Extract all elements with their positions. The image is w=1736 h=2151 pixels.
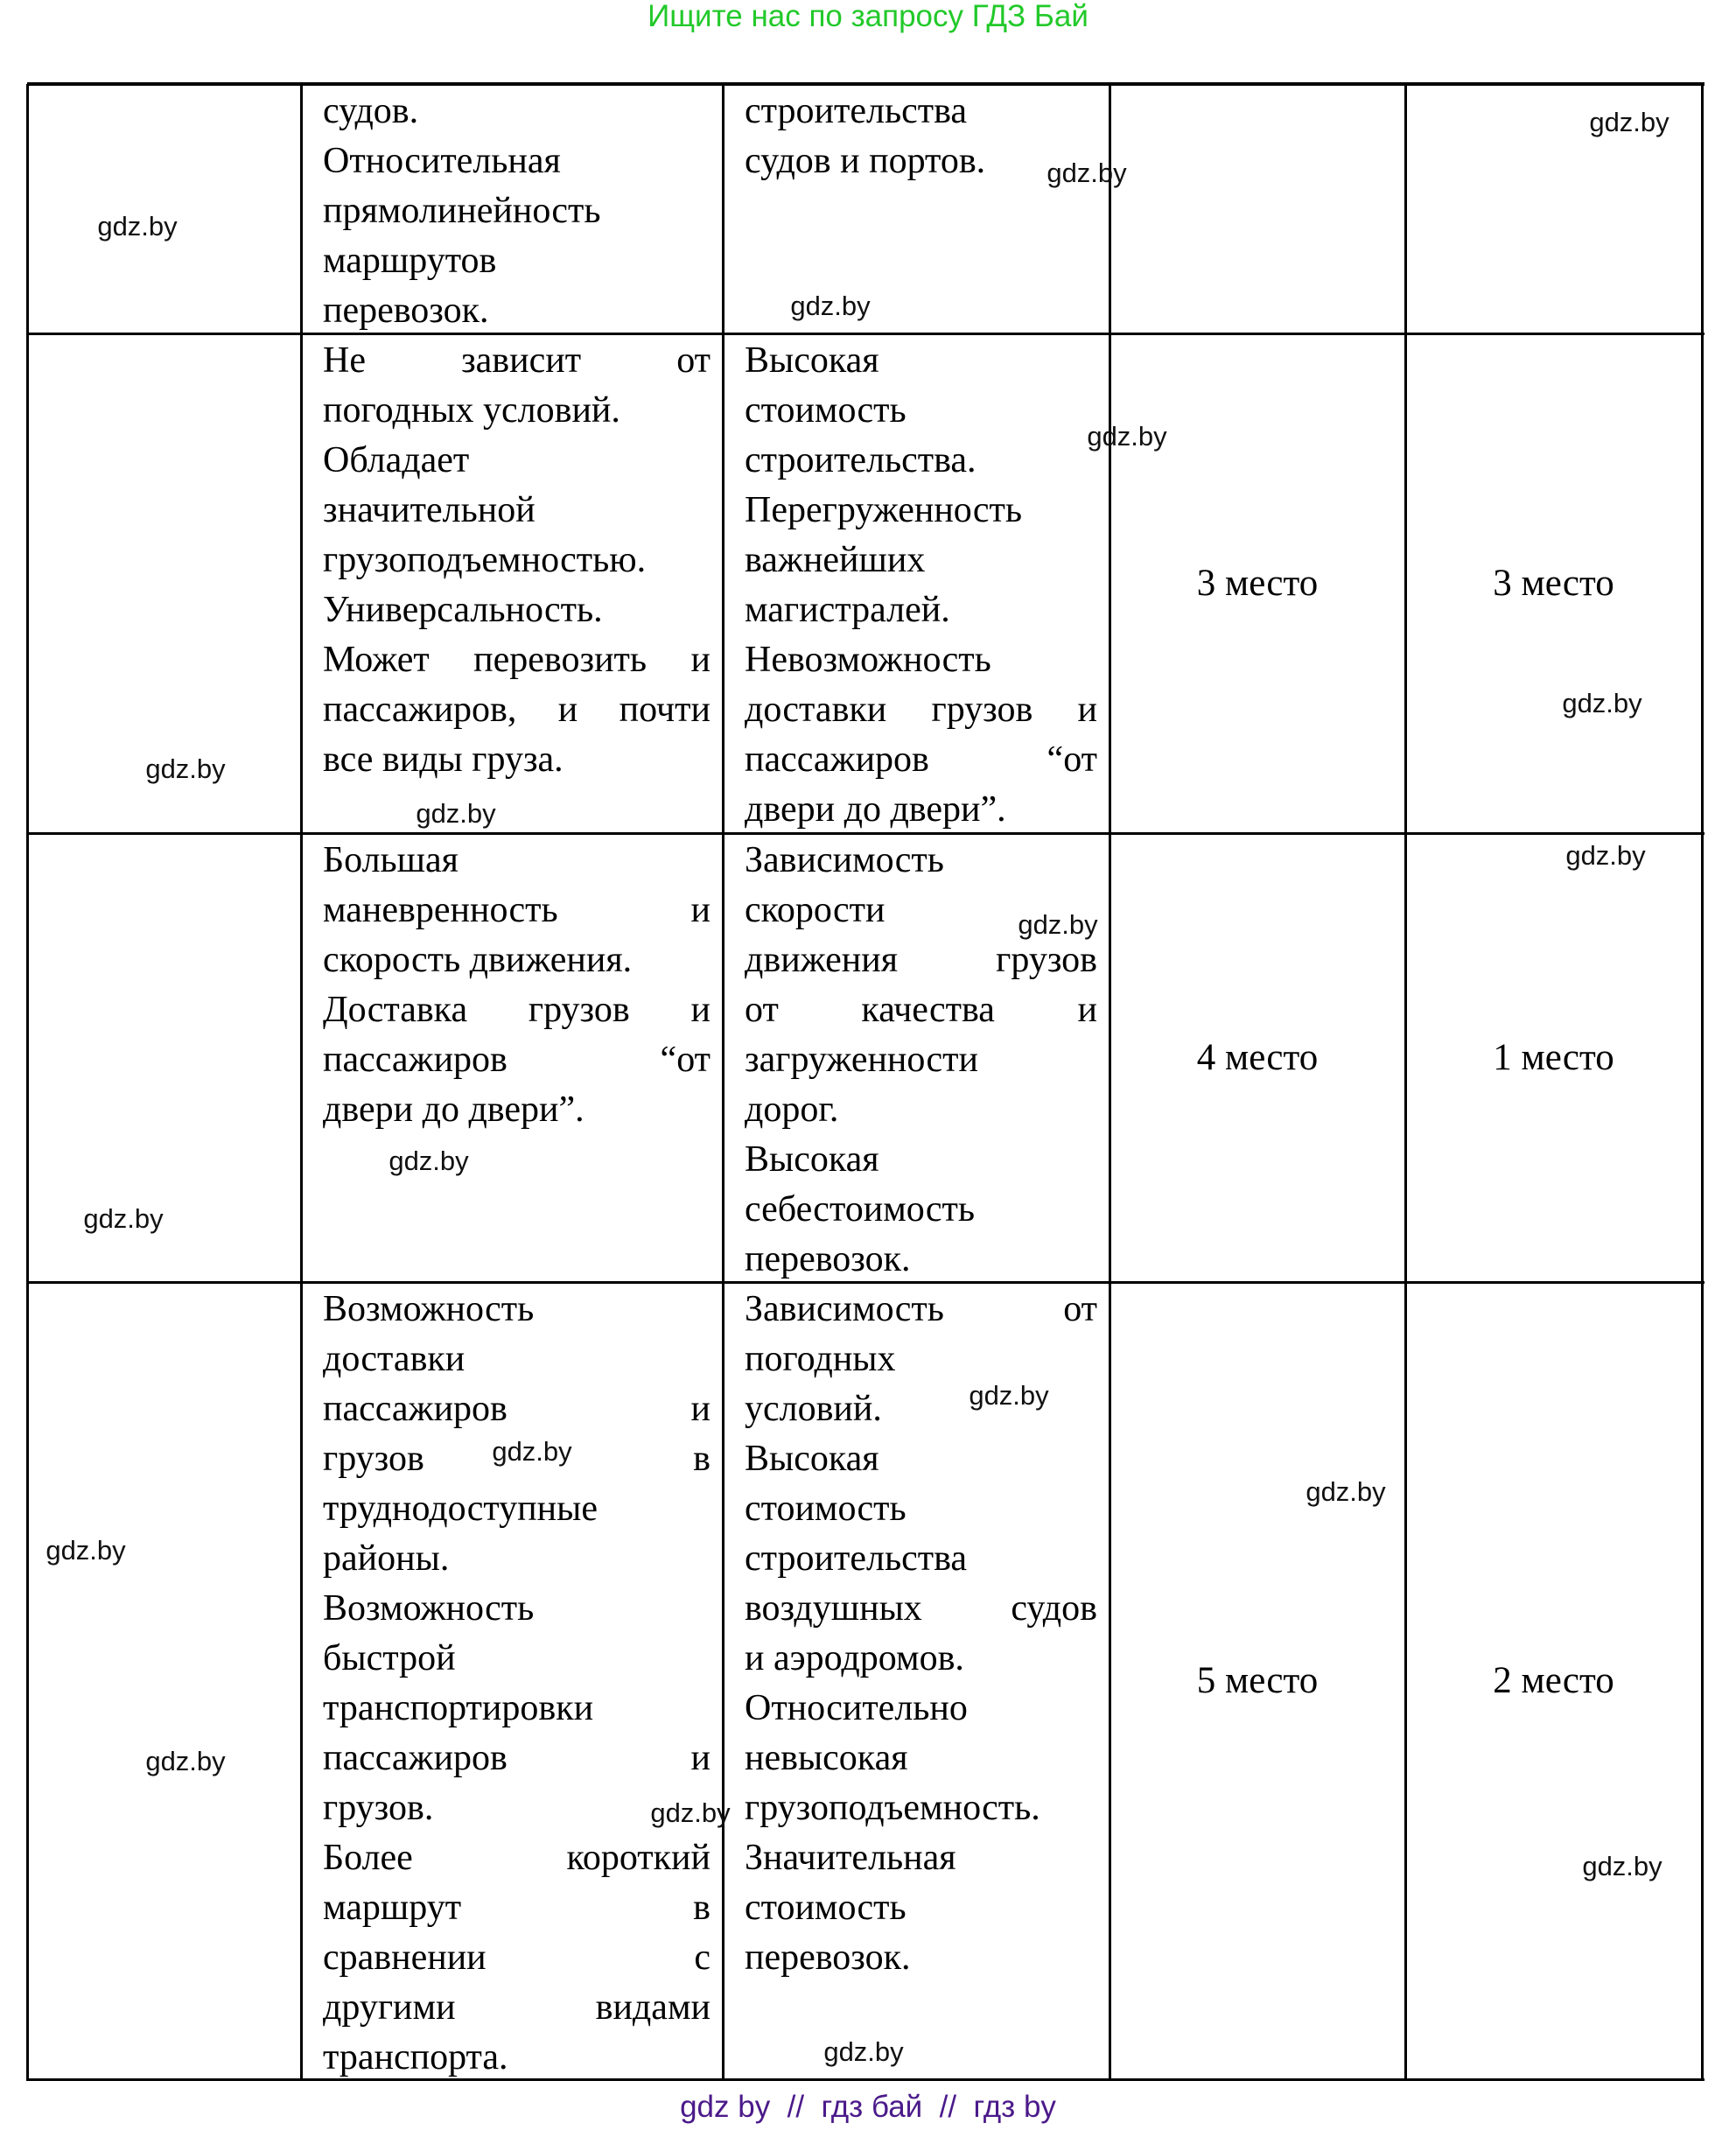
cell-text-line: районы. bbox=[323, 1534, 710, 1584]
disadvantages-cell: Зависимостьскоростидвижения грузовот кач… bbox=[723, 833, 1109, 1282]
cell-text-line: прямолинейность bbox=[323, 186, 710, 236]
cell-text-line: от качества и bbox=[745, 985, 1097, 1035]
cell-text-line: Более короткий bbox=[323, 1833, 710, 1883]
watermark-text: gdz.by bbox=[145, 1746, 225, 1777]
cell-text-line: стоимость bbox=[745, 1484, 1097, 1534]
rank-cell-1: 4 место bbox=[1109, 833, 1405, 1282]
cell-text-line: Высокая bbox=[745, 1135, 1097, 1185]
cell-text-line: судов и портов. bbox=[745, 137, 1097, 186]
disadvantages-cell: строительствасудов и портов. bbox=[723, 84, 1109, 333]
cell-text-line: дорог. bbox=[745, 1085, 1097, 1135]
cell-text-line: грузов в bbox=[323, 1434, 710, 1484]
cell-text-line: Значительная bbox=[745, 1833, 1097, 1883]
cell-text-line: маневренность и bbox=[323, 886, 710, 935]
cell-text-line: Относительно bbox=[745, 1684, 1097, 1734]
rank-cell-1: 5 место bbox=[1109, 1282, 1405, 2079]
place-value: 3 место bbox=[1493, 558, 1613, 608]
search-hint-banner: Ищите нас по запросу ГДЗ Бай bbox=[0, 0, 1736, 35]
cell-text-line: двери до двери”. bbox=[323, 1085, 710, 1135]
cell-text-line: воздушных судов bbox=[745, 1584, 1097, 1634]
place-value: 5 место bbox=[1197, 1656, 1318, 1706]
cell-text-line: перевозок. bbox=[745, 1933, 1097, 1983]
cell-text-line: труднодоступные bbox=[323, 1484, 710, 1534]
cell-text-line: Обладает bbox=[323, 436, 710, 486]
cell-text-line: Возможность bbox=[323, 1584, 710, 1634]
cell-text-line: пассажиров, и почти bbox=[323, 685, 710, 735]
rank-cell-1 bbox=[1109, 84, 1405, 333]
cell-text-line: все виды груза. bbox=[323, 735, 710, 785]
cell-text-line: загруженности bbox=[745, 1035, 1097, 1085]
cell-text-line: невысокая bbox=[745, 1734, 1097, 1783]
cell-text-line: Высокая bbox=[745, 336, 1097, 386]
footer-banner: gdz by // гдз бай // гдз by bbox=[0, 2086, 1736, 2130]
cell-text-line: двери до двери”. bbox=[745, 785, 1097, 835]
cell-text-line: важнейших bbox=[745, 536, 1097, 585]
cell-text-line: маршрут в bbox=[323, 1883, 710, 1933]
watermark-text: gdz.by bbox=[45, 1535, 125, 1566]
disadvantages-cell: Высокаястоимостьстроительства.Перегружен… bbox=[723, 333, 1109, 833]
cell-text-line: Невозможность bbox=[745, 635, 1097, 685]
cell-text-line: маршрутов bbox=[323, 236, 710, 286]
cell-text-line: условий. bbox=[745, 1384, 1097, 1434]
cell-text-line: Большая bbox=[323, 836, 710, 886]
cell-text-line: Относительная bbox=[323, 137, 710, 186]
cell-text-line: Доставка грузов и bbox=[323, 985, 710, 1035]
rank-cell-1: 3 место bbox=[1109, 333, 1405, 833]
cell-text-line: строительства. bbox=[745, 436, 1097, 486]
cell-text-line: пассажиров “от bbox=[745, 735, 1097, 785]
disadvantages-cell: Зависимость отпогодныхусловий.Высокаясто… bbox=[723, 1282, 1109, 2079]
cell-text-line: стоимость bbox=[745, 1883, 1097, 1933]
cell-text-line: Возможность bbox=[323, 1285, 710, 1335]
place-value: 4 место bbox=[1197, 1033, 1318, 1083]
cell-text-line: транспорта. bbox=[323, 2033, 710, 2083]
advantages-cell: Большаяманевренность искорость движения.… bbox=[301, 833, 723, 1282]
cell-text-line: грузоподъемность. bbox=[745, 1783, 1097, 1833]
cell-text-line: судов. bbox=[323, 87, 710, 137]
advantages-cell: Возможностьдоставкипассажиров игрузов вт… bbox=[301, 1282, 723, 2079]
cell-text-line: пассажиров “от bbox=[323, 1035, 710, 1085]
cell-text-line: перевозок. bbox=[745, 1235, 1097, 1285]
cell-text-line: Не зависит от bbox=[323, 336, 710, 386]
place-value: 3 место bbox=[1197, 558, 1318, 608]
watermark-text: gdz.by bbox=[97, 211, 177, 242]
cell-text-line: движения грузов bbox=[745, 935, 1097, 985]
cell-text-line: скорость движения. bbox=[323, 935, 710, 985]
place-value: 1 место bbox=[1493, 1033, 1613, 1083]
watermark-text: gdz.by bbox=[83, 1203, 163, 1235]
cell-text-line: Универсальность. bbox=[323, 585, 710, 635]
cell-text-line: Зависимость от bbox=[745, 1285, 1097, 1335]
cell-text-line: пассажиров и bbox=[323, 1384, 710, 1434]
cell-text-line: транспортировки bbox=[323, 1684, 710, 1734]
advantages-cell: Не зависит отпогодных условий.Обладаетзн… bbox=[301, 333, 723, 833]
cell-text-line: Зависимость bbox=[745, 836, 1097, 886]
place-value: 2 место bbox=[1493, 1656, 1613, 1706]
cell-text-line: грузоподъемностью. bbox=[323, 536, 710, 585]
cell-text-line: сравнении с bbox=[323, 1933, 710, 1983]
cell-text-line: себестоимость bbox=[745, 1185, 1097, 1235]
cell-text-line: доставки грузов и bbox=[745, 685, 1097, 735]
rank-cell-2: 2 место bbox=[1405, 1282, 1702, 2079]
cell-text-line: Высокая bbox=[745, 1434, 1097, 1484]
cell-text-line: и аэродромов. bbox=[745, 1634, 1097, 1684]
cell-text-line: стоимость bbox=[745, 386, 1097, 436]
table-border bbox=[26, 84, 29, 2081]
cell-text-line: Перегруженность bbox=[745, 486, 1097, 536]
cell-text-line: доставки bbox=[323, 1335, 710, 1384]
cell-text-line: строительства bbox=[745, 1534, 1097, 1584]
cell-text-line: значительной bbox=[323, 486, 710, 536]
cell-text-line: погодных bbox=[745, 1335, 1097, 1384]
cell-text-line: быстрой bbox=[323, 1634, 710, 1684]
rank-cell-2: 3 место bbox=[1405, 333, 1702, 833]
cell-text-line: перевозок. bbox=[323, 286, 710, 336]
cell-text-line: Может перевозить и bbox=[323, 635, 710, 685]
cell-text-line: грузов. bbox=[323, 1783, 710, 1833]
cell-text-line: магистралей. bbox=[745, 585, 1097, 635]
watermark-text: gdz.by bbox=[145, 753, 225, 785]
rank-cell-2 bbox=[1405, 84, 1702, 333]
rank-cell-2: 1 место bbox=[1405, 833, 1702, 1282]
cell-text-line: другими видами bbox=[323, 1983, 710, 2033]
cell-text-line: погодных условий. bbox=[323, 386, 710, 436]
cell-text-line: скорости bbox=[745, 886, 1097, 935]
cell-text-line: строительства bbox=[745, 87, 1097, 137]
cell-text-line: пассажиров и bbox=[323, 1734, 710, 1783]
advantages-cell: судов.Относительнаяпрямолинейностьмаршру… bbox=[301, 84, 723, 333]
